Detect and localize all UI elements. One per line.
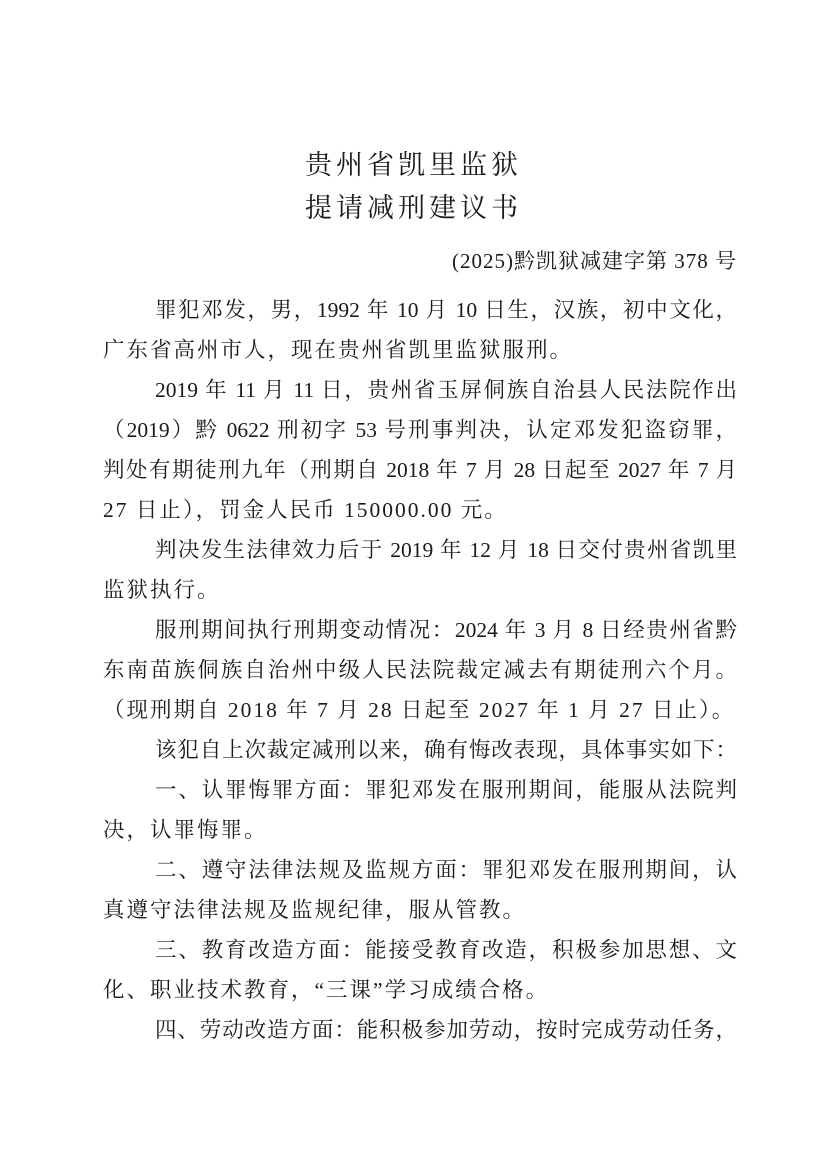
body-line-12: 该犯自上次裁定减刑以来，确有悔改表现，具体事实如下： — [103, 730, 737, 770]
body-line-1: 罪犯邓发，男，1992 年 10 月 10 日生，汉族，初中文化， — [103, 290, 737, 330]
document-title-line-1: 贵州省凯里监狱 — [0, 144, 827, 187]
body-line-3: 2019 年 11 月 11 日，贵州省玉屏侗族自治县人民法院作出 — [103, 370, 737, 410]
body-line-6: 27 日止），罚金人民币 150000.00 元。 — [103, 490, 737, 530]
document-page: 贵州省凯里监狱 提请减刑建议书 (2025)黔凯狱减建字第 378 号 罪犯邓发… — [0, 0, 827, 1169]
body-line-2: 广东省高州市人，现在贵州省凯里监狱服刑。 — [103, 330, 737, 370]
body-line-13: 一、认罪悔罪方面：罪犯邓发在服刑期间，能服从法院判 — [103, 770, 737, 810]
body-line-4: （2019）黔 0622 刑初字 53 号刑事判决，认定邓发犯盗窃罪， — [103, 410, 737, 450]
body-line-18: 化、职业技术教育，“三课”学习成绩合格。 — [103, 970, 737, 1010]
body-line-19: 四、劳动改造方面：能积极参加劳动，按时完成劳动任务， — [103, 1010, 737, 1050]
document-title: 贵州省凯里监狱 提请减刑建议书 — [0, 0, 827, 230]
body-line-10: 东南苗族侗族自治州中级人民法院裁定减去有期徒刑六个月。 — [103, 650, 737, 690]
document-title-line-2: 提请减刑建议书 — [0, 187, 827, 230]
body-line-8: 监狱执行。 — [103, 570, 737, 610]
body-line-9: 服刑期间执行刑期变动情况：2024 年 3 月 8 日经贵州省黔 — [103, 610, 737, 650]
body-line-15: 二、遵守法律法规及监规方面：罪犯邓发在服刑期间，认 — [103, 850, 737, 890]
body-line-7: 判决发生法律效力后于 2019 年 12 月 18 日交付贵州省凯里 — [103, 530, 737, 570]
body-line-5: 判处有期徒刑九年（刑期自 2018 年 7 月 28 日起至 2027 年 7 … — [103, 450, 737, 490]
document-body: 罪犯邓发，男，1992 年 10 月 10 日生，汉族，初中文化，广东省高州市人… — [0, 290, 827, 1050]
document-number: (2025)黔凯狱减建字第 378 号 — [0, 246, 827, 276]
body-line-16: 真遵守法律法规及监规纪律，服从管教。 — [103, 890, 737, 930]
body-line-17: 三、教育改造方面：能接受教育改造，积极参加思想、文 — [103, 930, 737, 970]
body-line-11: （现刑期自 2018 年 7 月 28 日起至 2027 年 1 月 27 日止… — [103, 690, 737, 730]
body-line-14: 决，认罪悔罪。 — [103, 810, 737, 850]
